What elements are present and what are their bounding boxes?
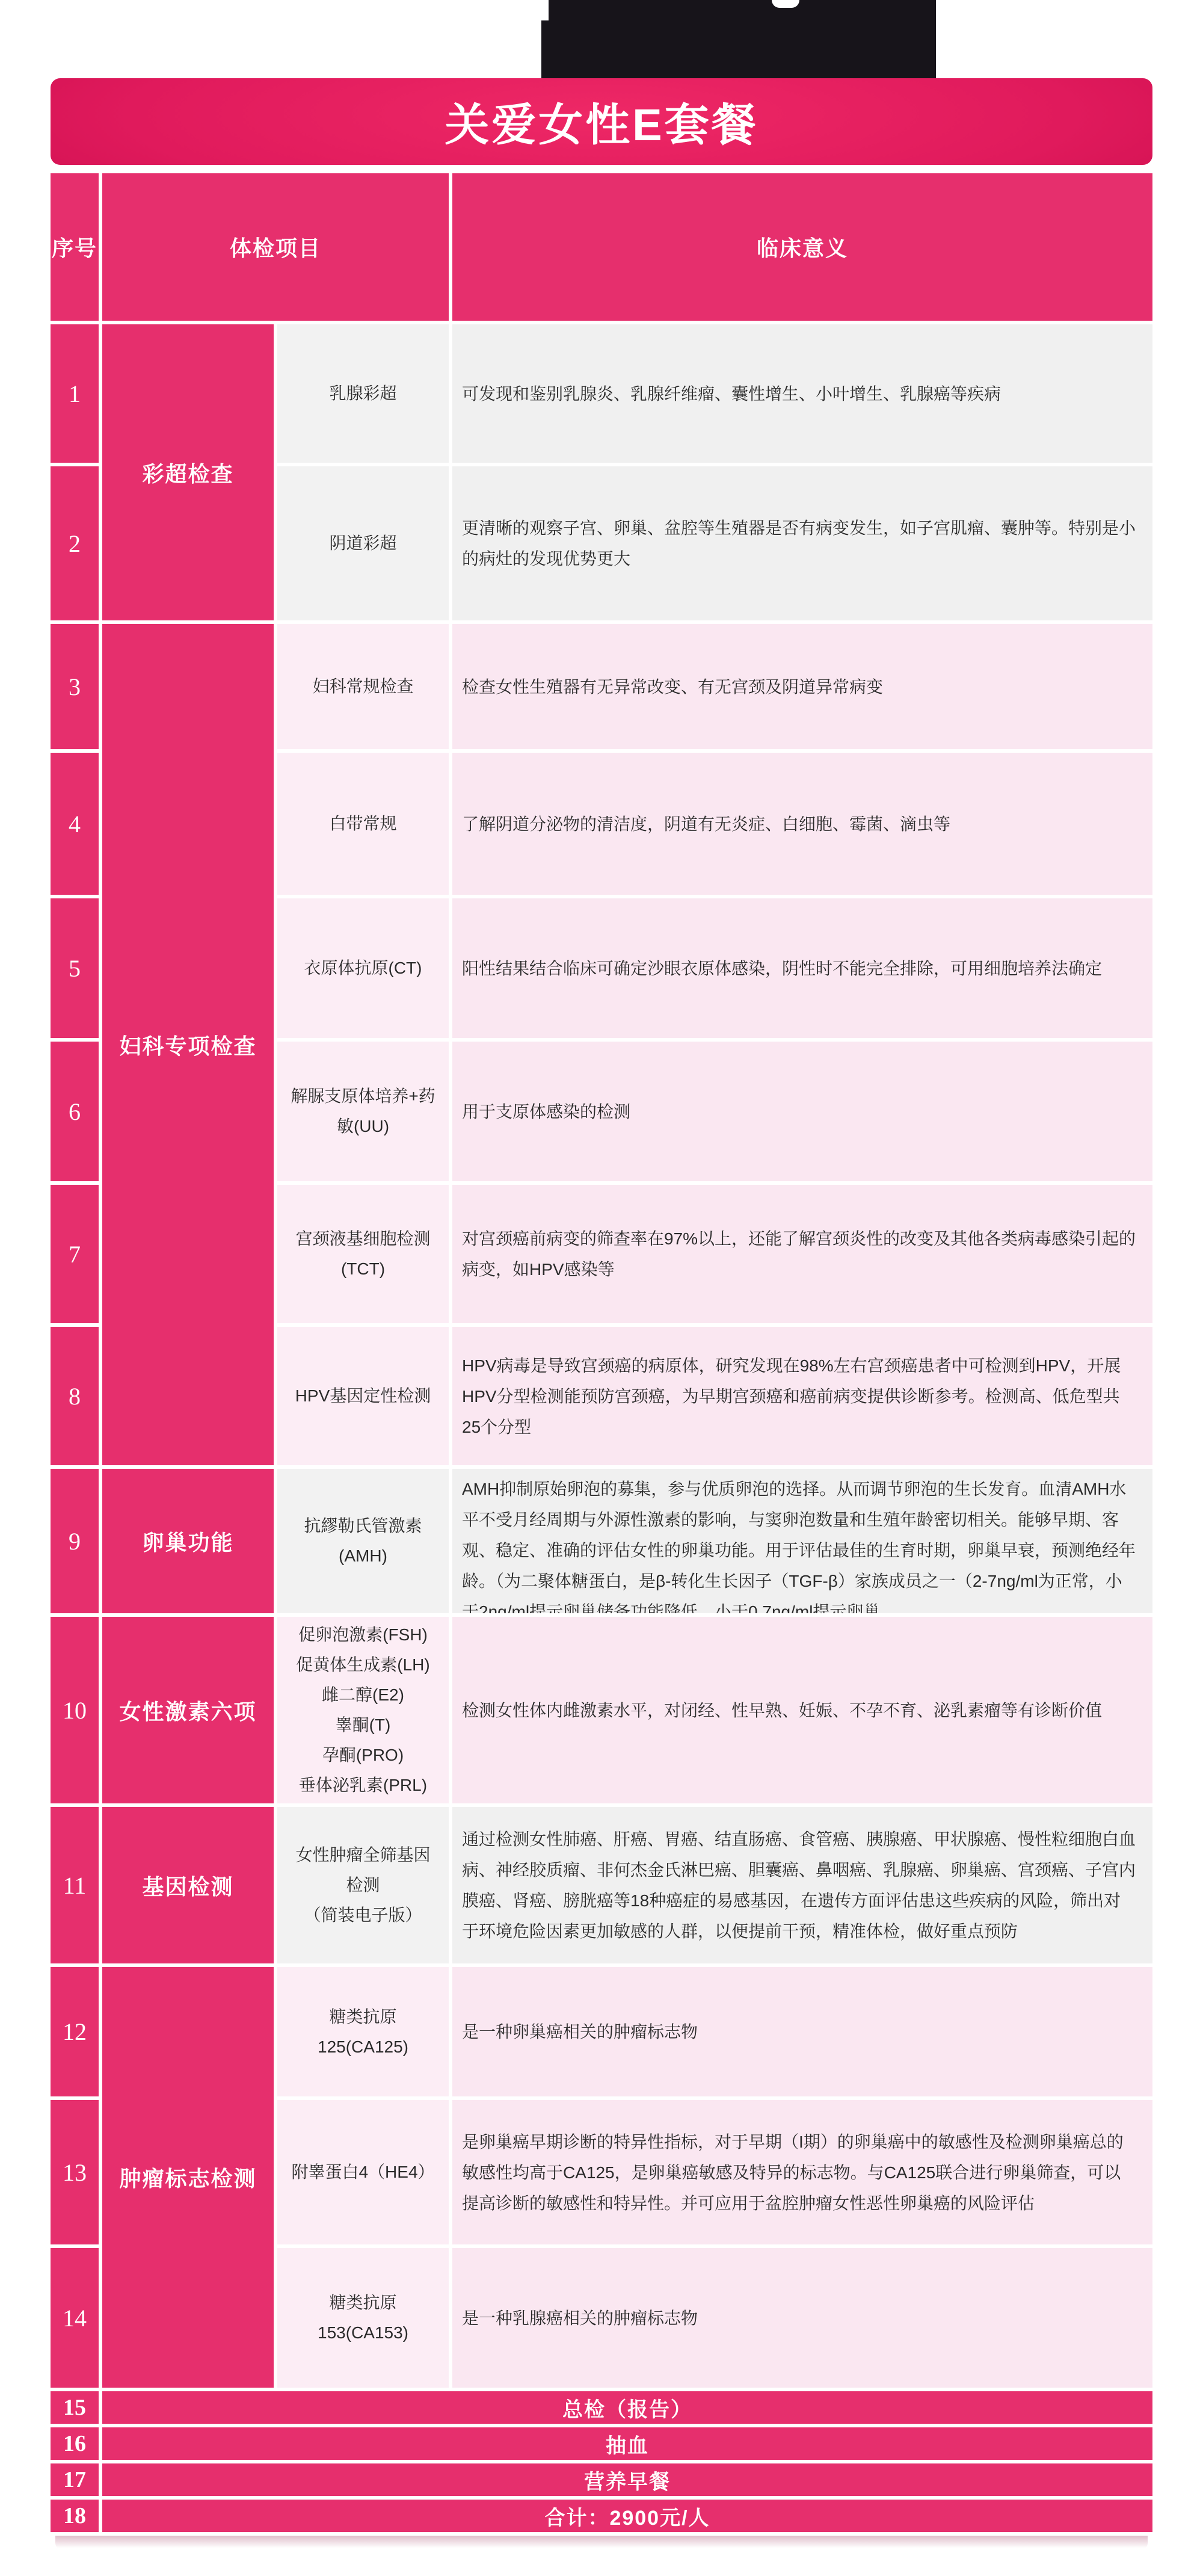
significance-cell: HPV病毒是导致宫颈癌的病原体，研究发现在98%左右宫颈癌患者中可检测到HPV，… — [452, 1327, 1152, 1465]
row-number-cell: 18 — [51, 2500, 99, 2532]
row-number-cell: 3 — [51, 624, 99, 749]
row-number-cell: 14 — [51, 2248, 99, 2388]
significance-cell: 用于支原体感染的检测 — [452, 1042, 1152, 1181]
item-cell: 抗繆勒氏管激素 (AMH) — [277, 1469, 449, 1613]
significance-cell: 更清晰的观察子宫、卵巢、盆腔等生殖器是否有病变发生，如子宫肌瘤、囊肿等。特别是小… — [452, 466, 1152, 620]
silhouette-shape — [549, 0, 936, 78]
group-label-cell: 彩超检查 — [102, 324, 274, 620]
table-bottom-shadow — [55, 2536, 1148, 2550]
group-label-cell: 妇科专项检查 — [102, 624, 274, 1465]
row-number-cell: 9 — [51, 1469, 99, 1613]
item-cell: 乳腺彩超 — [277, 324, 449, 463]
summary-row: 18 合计：2900元/人 — [51, 2500, 1152, 2532]
significance-cell: 通过检测女性肺癌、肝癌、胃癌、结直肠癌、食管癌、胰腺癌、甲状腺癌、慢性粒细胞白血… — [452, 1807, 1152, 1963]
item-cell: 白带常规 — [277, 753, 449, 895]
row-number-cell: 13 — [51, 2100, 99, 2244]
significance-cell: 是卵巢癌早期诊断的特异性指标，对于早期（I期）的卵巢癌中的敏感性及检测卵巢癌总的… — [452, 2100, 1152, 2244]
item-cell: 糖类抗原 153(CA153) — [277, 2248, 449, 2388]
item-cell: 妇科常规检查 — [277, 624, 449, 749]
group-label-cell: 女性激素六项 — [102, 1617, 274, 1803]
table-group: 妇科专项检查 3 妇科常规检查 检查女性生殖器有无异常改变、有无宫颈及阴道异常病… — [51, 624, 1152, 1465]
item-cell: 解脲支原体培养+药 敏(UU) — [277, 1042, 449, 1181]
silhouette-notch — [772, 0, 799, 8]
model-photo-silhouette — [0, 0, 1203, 78]
row-number-cell: 16 — [51, 2427, 99, 2460]
total-price-cell: 合计：2900元/人 — [102, 2500, 1152, 2532]
item-cell: 女性肿瘤全筛基因 检测 （简装电子版） — [277, 1807, 449, 1963]
row-number-cell: 12 — [51, 1967, 99, 2096]
significance-cell: 是一种乳腺癌相关的肿瘤标志物 — [452, 2248, 1152, 2388]
item-cell: 衣原体抗原(CT) — [277, 898, 449, 1038]
package-table: 序号 体检项目 临床意义 彩超检查 1 乳腺彩超 可发现和鉴别乳腺炎、乳腺纤维瘤… — [51, 173, 1152, 2550]
header-col-item: 体检项目 — [102, 173, 449, 321]
package-title-banner: 关爱女性E套餐 — [51, 78, 1152, 165]
row-number-cell: 1 — [51, 324, 99, 463]
item-cell: 促卵泡激素(FSH) 促黄体生成素(LH) 雌二醇(E2) 睾酮(T) 孕酮(P… — [277, 1617, 449, 1803]
table-group: 彩超检查 1 乳腺彩超 可发现和鉴别乳腺炎、乳腺纤维瘤、囊性增生、小叶增生、乳腺… — [51, 324, 1152, 620]
row-number-cell: 4 — [51, 753, 99, 895]
row-number-cell: 11 — [51, 1807, 99, 1963]
significance-cell: 检查女性生殖器有无异常改变、有无宫颈及阴道异常病变 — [452, 624, 1152, 749]
item-cell: 糖类抗原 125(CA125) — [277, 1967, 449, 2096]
table-group: 肿瘤标志检测 12 糖类抗原 125(CA125) 是一种卵巢癌相关的肿瘤标志物… — [51, 1967, 1152, 2388]
significance-cell: 对宫颈癌前病变的筛查率在97%以上，还能了解宫颈炎性的改变及其他各类病毒感染引起… — [452, 1185, 1152, 1323]
table-header-row: 序号 体检项目 临床意义 — [51, 173, 1152, 321]
group-label-cell: 基因检测 — [102, 1807, 274, 1963]
summary-label-cell: 抽血 — [102, 2427, 1152, 2460]
header-col-significance: 临床意义 — [452, 173, 1152, 321]
item-cell: 附睾蛋白4（HE4） — [277, 2100, 449, 2244]
table-group: 卵巢功能 9 抗繆勒氏管激素 (AMH) AMH抑制原始卵泡的募集，参与优质卵泡… — [51, 1469, 1152, 1613]
summary-row: 17 营养早餐 — [51, 2463, 1152, 2496]
row-number-cell: 17 — [51, 2463, 99, 2496]
table-group: 女性激素六项 10 促卵泡激素(FSH) 促黄体生成素(LH) 雌二醇(E2) … — [51, 1617, 1152, 1803]
significance-cell: 了解阴道分泌物的清洁度，阴道有无炎症、白细胞、霉菌、滴虫等 — [452, 753, 1152, 895]
group-label-cell: 肿瘤标志检测 — [102, 1967, 274, 2388]
row-number-cell: 10 — [51, 1617, 99, 1803]
row-number-cell: 2 — [51, 466, 99, 620]
item-cell: HPV基因定性检测 — [277, 1327, 449, 1465]
row-number-cell: 8 — [51, 1327, 99, 1465]
significance-cell: 阳性结果结合临床可确定沙眼衣原体感染，阴性时不能完全排除，可用细胞培养法确定 — [452, 898, 1152, 1038]
significance-cell: 可发现和鉴别乳腺炎、乳腺纤维瘤、囊性增生、小叶增生、乳腺癌等疾病 — [452, 324, 1152, 463]
table-group: 基因检测 11 女性肿瘤全筛基因 检测 （简装电子版） 通过检测女性肺癌、肝癌、… — [51, 1807, 1152, 1963]
summary-label-cell: 营养早餐 — [102, 2463, 1152, 2496]
row-number-cell: 7 — [51, 1185, 99, 1323]
summary-row: 15 总检（报告） — [51, 2391, 1152, 2424]
summary-row: 16 抽血 — [51, 2427, 1152, 2460]
significance-cell: 检测女性体内雌激素水平，对闭经、性早熟、妊娠、不孕不育、泌乳素瘤等有诊断价值 — [452, 1617, 1152, 1803]
package-title: 关爱女性E套餐 — [445, 90, 758, 153]
row-number-cell: 15 — [51, 2391, 99, 2424]
significance-cell: 是一种卵巢癌相关的肿瘤标志物 — [452, 1967, 1152, 2096]
row-number-cell: 5 — [51, 898, 99, 1038]
header-col-no: 序号 — [51, 173, 99, 321]
row-number-cell: 6 — [51, 1042, 99, 1181]
item-cell: 阴道彩超 — [277, 466, 449, 620]
group-label-cell: 卵巢功能 — [102, 1469, 274, 1613]
significance-cell: AMH抑制原始卵泡的募集，参与优质卵泡的选择。从而调节卵泡的生长发育。血清AMH… — [452, 1469, 1152, 1613]
summary-label-cell: 总检（报告） — [102, 2391, 1152, 2424]
item-cell: 宫颈液基细胞检测 (TCT) — [277, 1185, 449, 1323]
